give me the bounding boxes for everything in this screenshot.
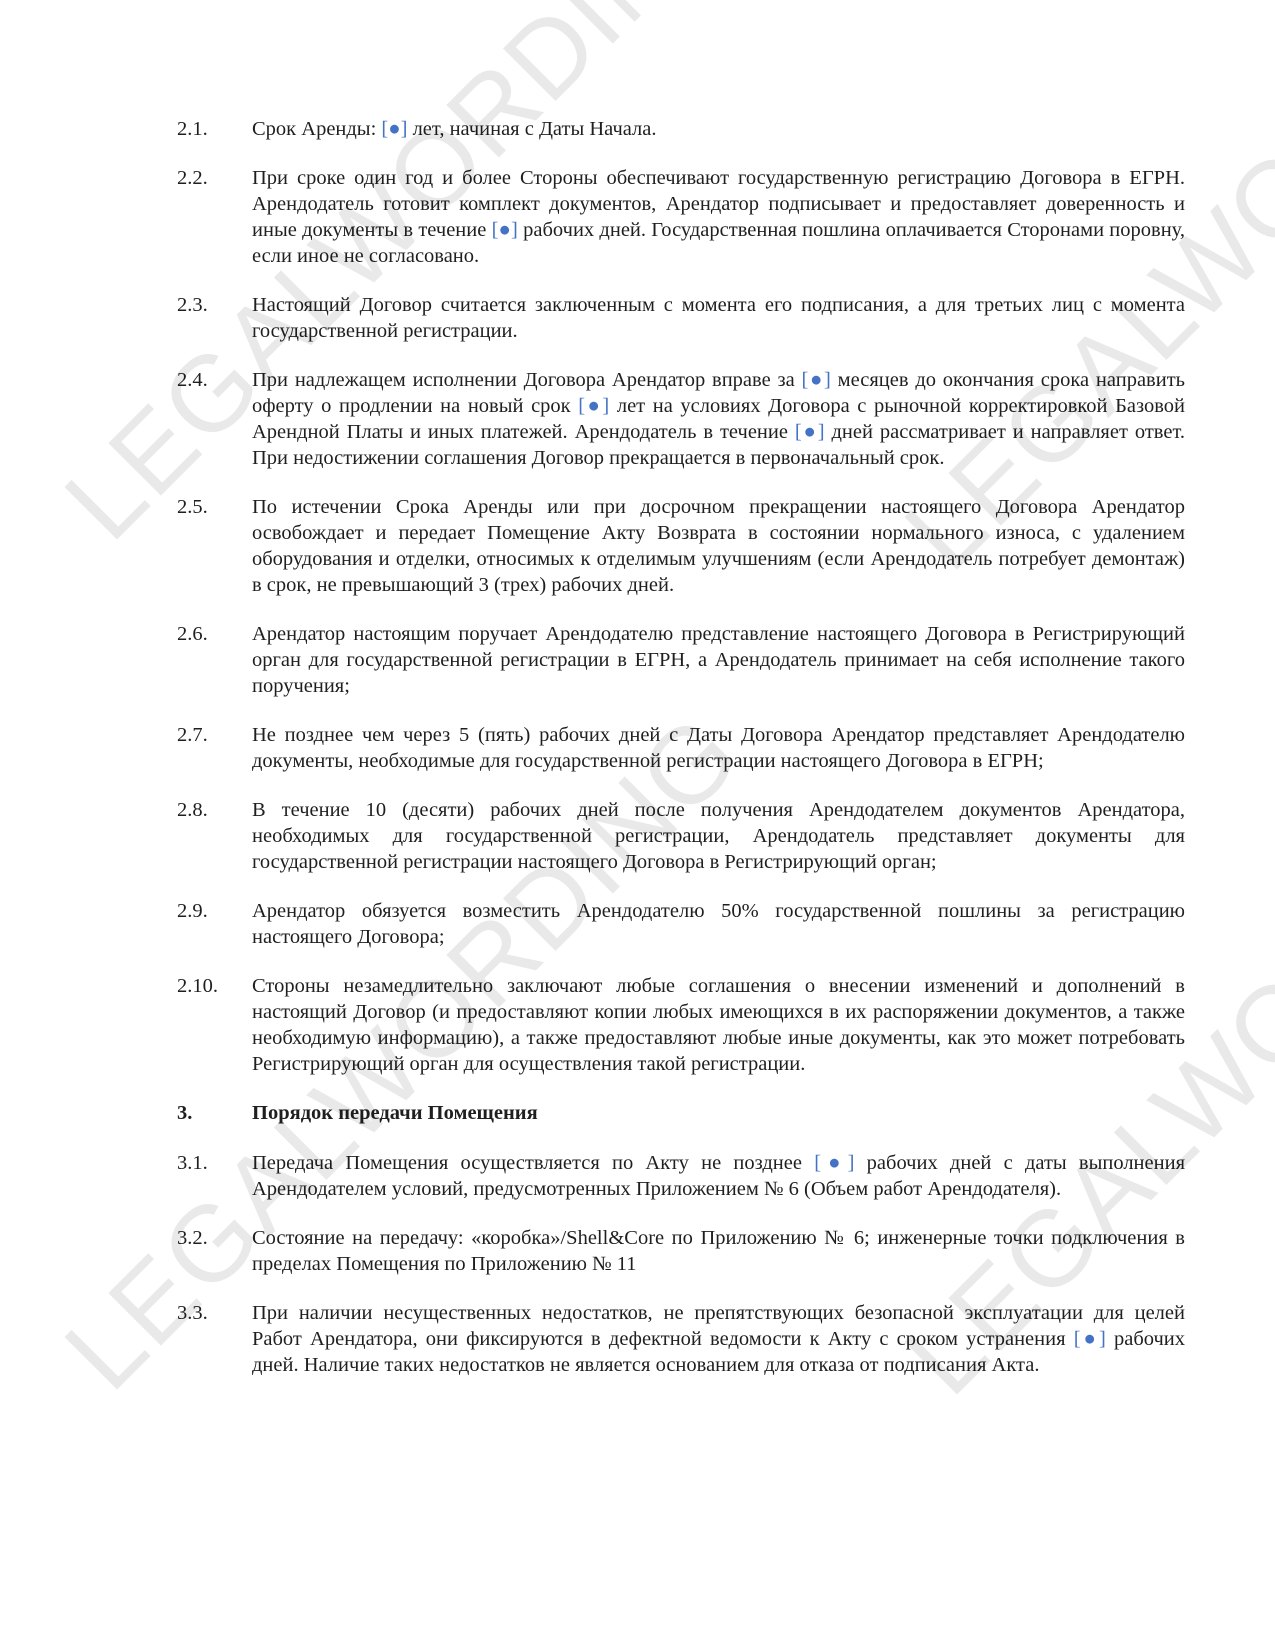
clause-text: Стороны незамедлительно заключают любые … [252, 973, 1185, 1077]
clause-text: При надлежащем исполнении Договора Аренд… [252, 367, 1185, 471]
placeholder-field: [●] [578, 395, 609, 417]
clause: 2.10.Стороны незамедлительно заключают л… [177, 973, 1185, 1077]
clause-text: При наличии несущественных недостатков, … [252, 1300, 1185, 1378]
clause: 2.3.Настоящий Договор считается заключен… [177, 292, 1185, 344]
text-run: Арендатор обязуется возместить Арендодат… [252, 900, 1185, 948]
clause: 2.4.При надлежащем исполнении Договора А… [177, 367, 1185, 471]
text-run: В течение 10 (десяти) рабочих дней после… [252, 799, 1185, 873]
document-body: 2.1.Срок Аренды: [●] лет, начиная с Даты… [177, 116, 1185, 1401]
clause-text: Не позднее чем через 5 (пять) рабочих дн… [252, 722, 1185, 774]
clause-text: Состояние на передачу: «коробка»/Shell&C… [252, 1225, 1185, 1277]
clause-number: 2.9. [177, 898, 252, 950]
text-run: При наличии несущественных недостатков, … [252, 1302, 1185, 1350]
clause: 3.2.Состояние на передачу: «коробка»/She… [177, 1225, 1185, 1277]
text-run: При надлежащем исполнении Договора Аренд… [252, 369, 801, 391]
clause-number: 2.4. [177, 367, 252, 471]
clause-number: 2.3. [177, 292, 252, 344]
text-run: Стороны незамедлительно заключают любые … [252, 975, 1185, 1075]
placeholder-field: [●] [1074, 1328, 1106, 1350]
document-page: LEGALWORDING LEGALWORDING LEGALWORDING L… [0, 0, 1275, 1651]
text-run: Арендатор настоящим поручает Арендодател… [252, 623, 1185, 697]
clause-number: 3.2. [177, 1225, 252, 1277]
clause: 3.1.Передача Помещения осуществляется по… [177, 1150, 1185, 1202]
clause: 2.8.В течение 10 (десяти) рабочих дней п… [177, 797, 1185, 875]
clause: 2.1.Срок Аренды: [●] лет, начиная с Даты… [177, 116, 1185, 142]
clause-text: Настоящий Договор считается заключенным … [252, 292, 1185, 344]
clause: 2.5.По истечении Срока Аренды или при до… [177, 494, 1185, 598]
clause-text: В течение 10 (десяти) рабочих дней после… [252, 797, 1185, 875]
text-run: По истечении Срока Аренды или при досроч… [252, 496, 1185, 596]
section-title: Порядок передачи Помещения [252, 1100, 1185, 1126]
clause-text: Передача Помещения осуществляется по Акт… [252, 1150, 1185, 1202]
placeholder-field: [●] [814, 1152, 854, 1174]
clause-number: 2.10. [177, 973, 252, 1077]
clause-text: Арендатор обязуется возместить Арендодат… [252, 898, 1185, 950]
clause-text: По истечении Срока Аренды или при досроч… [252, 494, 1185, 598]
text-run: Настоящий Договор считается заключенным … [252, 294, 1185, 342]
clause: 2.2.При сроке один год и более Стороны о… [177, 165, 1185, 269]
clause: 2.7.Не позднее чем через 5 (пять) рабочи… [177, 722, 1185, 774]
clause-number: 2.7. [177, 722, 252, 774]
clause-number: 2.6. [177, 621, 252, 699]
clause-number: 3.1. [177, 1150, 252, 1202]
clause-text: Срок Аренды: [●] лет, начиная с Даты Нач… [252, 116, 1185, 142]
clause: 3.3.При наличии несущественных недостатк… [177, 1300, 1185, 1378]
clause-text: Арендатор настоящим поручает Арендодател… [252, 621, 1185, 699]
clause-text: При сроке один год и более Стороны обесп… [252, 165, 1185, 269]
text-run: Передача Помещения осуществляется по Акт… [252, 1152, 814, 1174]
placeholder-field: [●] [492, 219, 518, 241]
clause-number: 2.5. [177, 494, 252, 598]
clause: 2.6.Арендатор настоящим поручает Арендод… [177, 621, 1185, 699]
clause-number: 2.1. [177, 116, 252, 142]
section-heading: 3.Порядок передачи Помещения [177, 1100, 1185, 1126]
clause: 2.9.Арендатор обязуется возместить Аренд… [177, 898, 1185, 950]
text-run: Состояние на передачу: «коробка»/Shell&C… [252, 1227, 1185, 1275]
text-run: Порядок передачи Помещения [252, 1102, 538, 1124]
text-run: Срок Аренды: [252, 118, 381, 140]
placeholder-field: [●] [801, 369, 830, 391]
text-run: Не позднее чем через 5 (пять) рабочих дн… [252, 724, 1185, 772]
clause-number: 3. [177, 1100, 252, 1126]
placeholder-field: [●] [381, 118, 407, 140]
clause-number: 2.8. [177, 797, 252, 875]
text-run: лет, начиная с Даты Начала. [407, 118, 656, 140]
clause-number: 3.3. [177, 1300, 252, 1378]
placeholder-field: [●] [795, 421, 825, 443]
clause-number: 2.2. [177, 165, 252, 269]
